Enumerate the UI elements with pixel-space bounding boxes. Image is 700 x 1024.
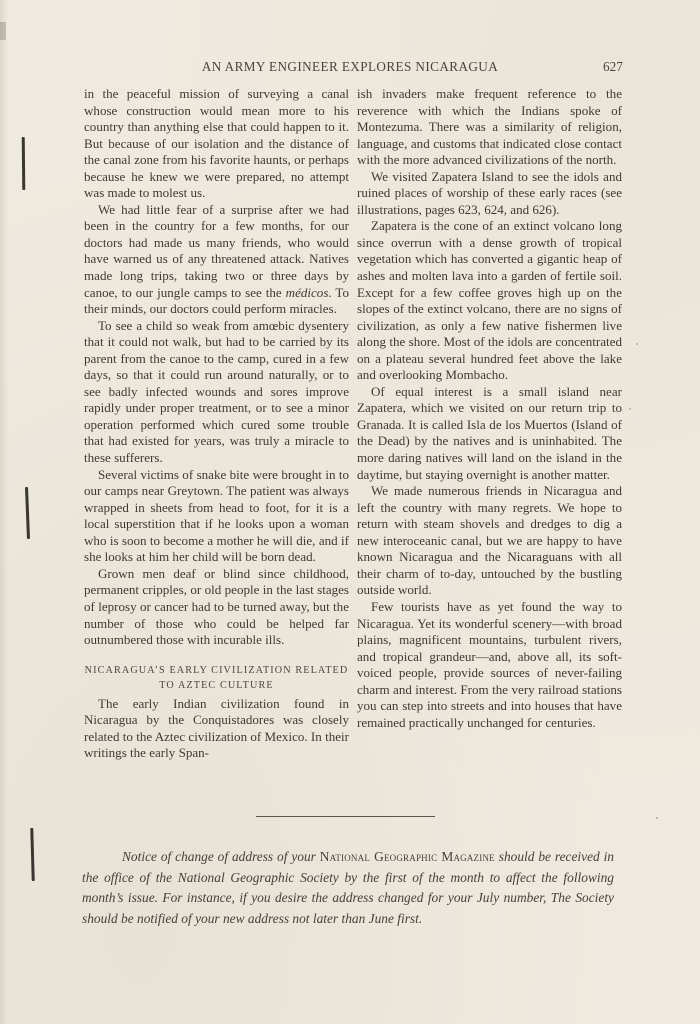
paper-speck — [629, 408, 631, 410]
section-subhead: Nicaragua’s early civilization re­lated … — [84, 663, 349, 693]
notice-text: Notice of change of address of your Nati… — [82, 847, 614, 929]
paragraph: in the peaceful mission of surveying a c… — [84, 86, 349, 202]
italic-term: médicos — [286, 285, 329, 300]
page-edge-shadow — [0, 0, 8, 1024]
paragraph: We visited Zapatera Island to see the id… — [357, 169, 622, 219]
address-change-notice: Notice of change of address of your Nati… — [122, 847, 614, 929]
paragraph: We made numerous friends in Nicara­gua a… — [357, 483, 622, 599]
notice-lead: Notice of change of address of your — [122, 849, 320, 864]
paragraph: To see a child so weak from amœbic dys­e… — [84, 318, 349, 467]
paper-speck — [656, 817, 658, 819]
magazine-page: AN ARMY ENGINEER EXPLORES NICARAGUA 627 … — [0, 0, 700, 1024]
page-number: 627 — [603, 59, 623, 75]
paragraph: ish invaders make frequent reference to … — [357, 86, 622, 169]
binding-mark — [22, 137, 25, 190]
magazine-name: National Geographic Magazine — [320, 849, 495, 864]
section-divider — [256, 816, 435, 817]
binding-mark — [30, 828, 34, 881]
paragraph: Grown men deaf or blind since child­hood… — [84, 566, 349, 649]
paragraph: The early Indian civilization found in N… — [84, 696, 349, 762]
paragraph: Several victims of snake bite were broug… — [84, 467, 349, 566]
running-header: AN ARMY ENGINEER EXPLORES NICARAGUA 627 — [0, 58, 700, 78]
paragraph: Few tourists have as yet found the way t… — [357, 599, 622, 731]
running-title: AN ARMY ENGINEER EXPLORES NICARAGUA — [0, 59, 700, 75]
left-column: in the peaceful mission of surveying a c… — [84, 86, 349, 762]
right-column: ish invaders make frequent reference to … — [357, 86, 622, 731]
paragraph: We had little fear of a surprise after w… — [84, 202, 349, 318]
paragraph: Of equal interest is a small island near… — [357, 384, 622, 483]
binding-mark — [25, 487, 29, 539]
page-corner-stain — [0, 22, 6, 40]
paper-speck — [636, 343, 638, 345]
paragraph: Zapatera is the cone of an extinct vol­c… — [357, 218, 622, 383]
